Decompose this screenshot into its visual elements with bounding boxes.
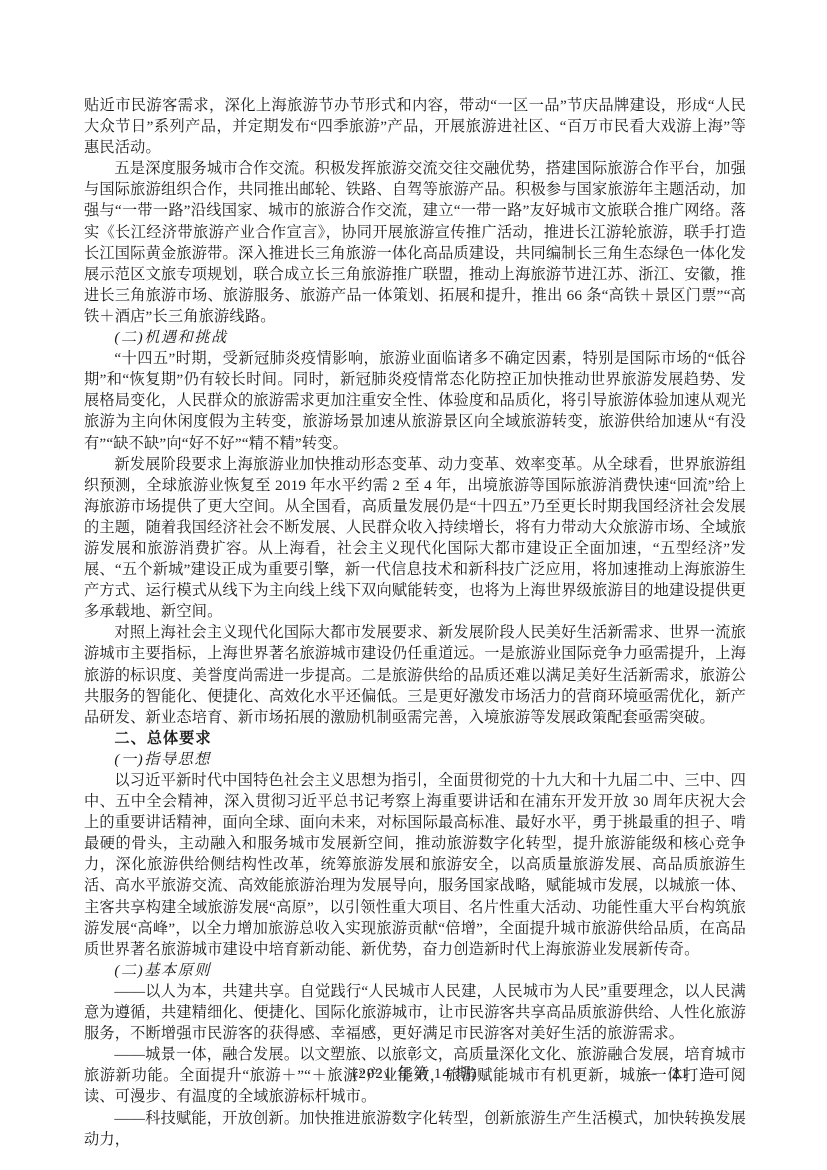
document-text-block: 贴近市民游客需求，深化上海旅游节办节形式和内容，带动“一区一品”节庆品牌建设，形… — [84, 95, 746, 1150]
body-paragraph: 新发展阶段要求上海旅游业加快推动形态变革、动力变革、效率变革。从全球看，世界旅游… — [84, 454, 746, 623]
section-heading: 二、总体要求 — [84, 728, 746, 749]
subsection-heading: (二)机遇和挑战 — [84, 327, 746, 348]
document-page: 贴近市民游客需求，深化上海旅游节办节形式和内容，带动“一区一品”节庆品牌建设，形… — [0, 0, 827, 1170]
body-paragraph: 以习近平新时代中国特色社会主义思想为指引，全面贯彻党的十九大和十九届二中、三中、… — [84, 770, 746, 960]
subsection-heading: (二)基本原则 — [84, 960, 746, 981]
subsection-heading: (一)指导思想 — [84, 749, 746, 770]
body-paragraph: ——以人为本，共建共享。自觉践行“人民城市人民建，人民城市为人民”重要理念，以人… — [84, 981, 746, 1044]
body-paragraph: 五是深度服务城市合作交流。积极发挥旅游交流交往交融优势，搭建国际旅游合作平台，加… — [84, 158, 746, 327]
page-footer: (2021 年第 14 期) — 21 — — [84, 1062, 746, 1086]
body-paragraph: “十四五”时期，受新冠肺炎疫情影响，旅游业面临诸多不确定因素，特别是国际市场的“… — [84, 348, 746, 453]
page-number: — 21 — — [642, 1062, 721, 1086]
body-paragraph: 贴近市民游客需求，深化上海旅游节办节形式和内容，带动“一区一品”节庆品牌建设，形… — [84, 95, 746, 158]
body-paragraph: ——科技赋能，开放创新。加快推进旅游数字化转型，创新旅游生产生活模式，加快转换发… — [84, 1108, 746, 1150]
body-paragraph: 对照上海社会主义现代化国际大都市发展要求、新发展阶段人民美好生活新需求、世界一流… — [84, 622, 746, 727]
